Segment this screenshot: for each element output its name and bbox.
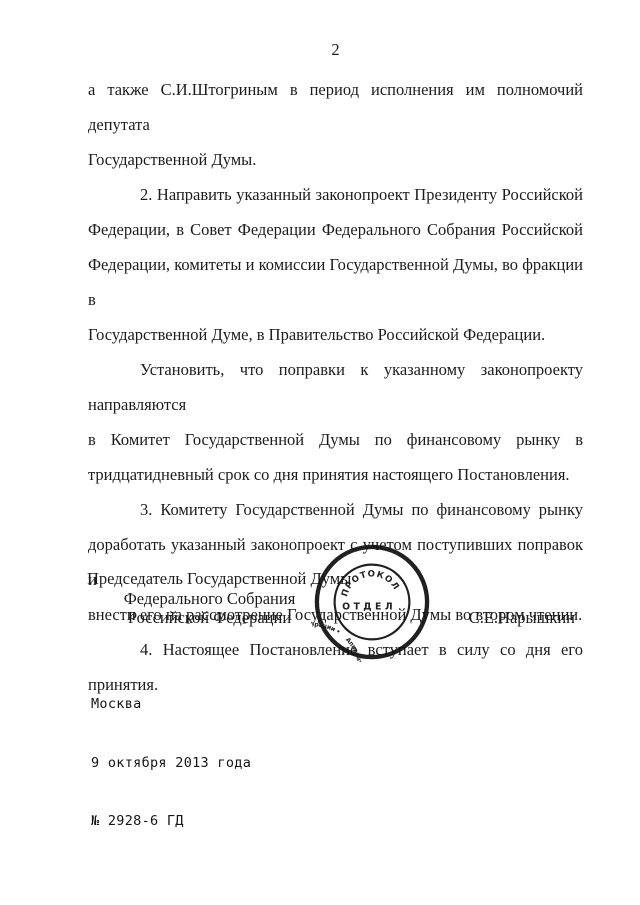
text-line: Федерации, в Совет Федерации Федеральног… xyxy=(88,212,583,247)
text-line: Государственной Думы. xyxy=(88,142,583,177)
round-stamp: Аппарат Государственной Думы Федеральног… xyxy=(312,542,432,662)
text-line: в Комитет Государственной Думы по финанс… xyxy=(88,422,583,457)
footer-block: Москва 9 октября 2013 года № 2928-6 ГД xyxy=(91,656,251,871)
stamp-ring-text: Аппарат Государственной Думы Федеральног… xyxy=(312,621,364,662)
stamp-inner-word: ОТДЕЛ xyxy=(342,601,396,612)
signature-position-line: Российской Федерации xyxy=(87,608,332,628)
text-line: Федерации, комитеты и комиссии Государст… xyxy=(88,247,583,317)
text-line: 2. Направить указанный законопроект През… xyxy=(88,177,583,212)
signature-position-line: Председатель Государственной Думы xyxy=(87,569,332,589)
signer-name: С.Е.Нарышкин xyxy=(420,608,575,628)
signature-position-block: Председатель Государственной Думы Федера… xyxy=(87,569,332,628)
footer-city: Москва xyxy=(91,695,251,715)
footer-number: № 2928-6 ГД xyxy=(91,812,251,832)
text-line: тридцатидневный срок со дня принятия нас… xyxy=(88,457,583,492)
text-line: а также С.И.Штогриным в период исполнени… xyxy=(88,72,583,142)
signature-position-line: Федерального Собрания xyxy=(87,589,332,609)
text-line: 3. Комитету Государственной Думы по фина… xyxy=(88,492,583,527)
text-line: Установить, что поправки к указанному за… xyxy=(88,352,583,422)
document-page: 2 а также С.И.Штогриным в период исполне… xyxy=(0,0,640,905)
page-number: 2 xyxy=(88,40,583,60)
footer-date: 9 октября 2013 года xyxy=(91,754,251,774)
text-line: Государственной Думе, в Правительство Ро… xyxy=(88,317,583,352)
